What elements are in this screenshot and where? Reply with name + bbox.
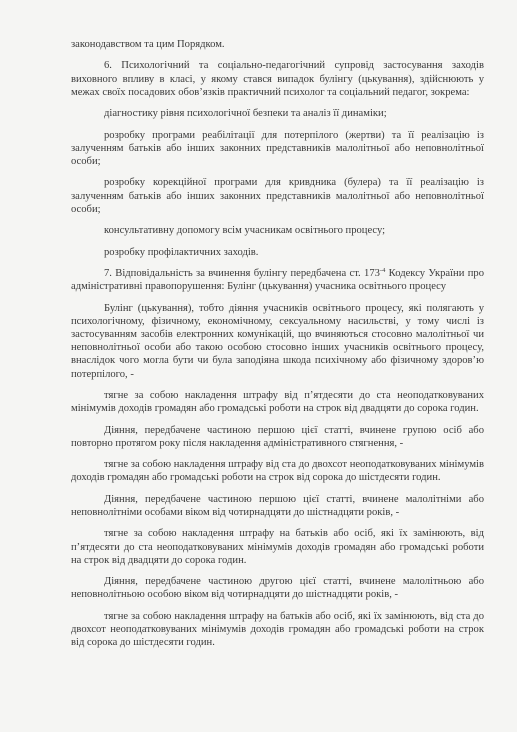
paragraph-continuation: законодавством та цим Порядком. [71,38,484,51]
list-item-rehabilitation-program: розробку програми реабілітації для потер… [71,129,484,169]
paragraph-penalty-1: тягне за собою накладення штрафу від п’я… [71,389,484,415]
liability-text-before: 7. Відповідальність за вчинення булінгу … [104,268,380,279]
paragraph-item-6-psychological-support: 6. Психологічний та соціально-педагогічн… [71,59,484,99]
list-item-consultation: консультативну допомогу всім учасникам о… [71,224,484,237]
paragraph-penalty-3: тягне за собою накладення штрафу на бать… [71,527,484,567]
paragraph-penalty-2: тягне за собою накладення штрафу від ста… [71,458,484,484]
paragraph-penalty-4: тягне за собою накладення штрафу на бать… [71,610,484,650]
paragraph-bullying-definition: Булінг (цькування), тобто діяння учасник… [71,302,484,381]
paragraph-part-2: Діяння, передбачене частиною першою цієї… [71,424,484,450]
paragraph-item-7-liability: 7. Відповідальність за вчинення булінгу … [71,267,484,293]
document-body: законодавством та цим Порядком. 6. Психо… [71,38,484,658]
list-item-correction-program: розробку корекційної програми для кривдн… [71,176,484,216]
list-item-diagnostics: діагностику рівня психологічної безпеки … [71,107,484,120]
paragraph-part-3: Діяння, передбачене частиною першою цієї… [71,493,484,519]
paragraph-part-4: Діяння, передбачене частиною другою цієї… [71,575,484,601]
scanned-document-page: законодавством та цим Порядком. 6. Психо… [0,0,517,732]
list-item-prevention: розробку профілактичних заходів. [71,246,484,259]
